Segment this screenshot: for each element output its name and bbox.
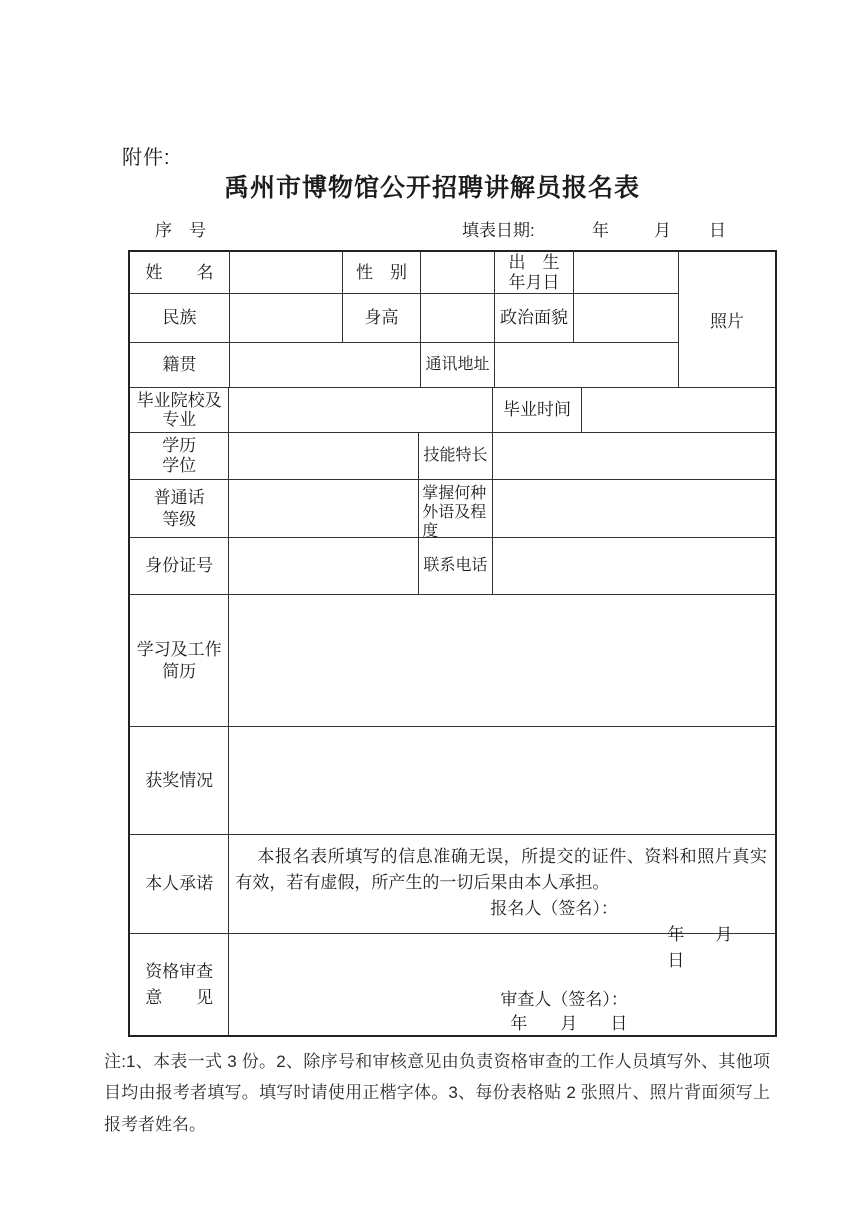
name-label: 姓 名 — [130, 252, 230, 294]
work-history-input-cell — [229, 595, 775, 727]
fill-date-year-label: 年 — [592, 216, 609, 241]
work-history-label: 学习及工作 简历 — [130, 595, 229, 727]
table-row: 毕业院校及 专业 毕业时间 — [130, 388, 775, 433]
birthdate-input-cell — [574, 252, 678, 294]
fill-date-label: 填表日期: — [462, 216, 535, 241]
table-row: 资格审查 意 见 审查人（签名）： 年 月 日 — [130, 934, 775, 1035]
gender-input-cell — [421, 252, 495, 294]
fill-date-month-label: 月 — [654, 216, 671, 241]
awards-input-cell — [229, 727, 775, 835]
qualification-review-content: 审查人（签名）： 年 月 日 — [229, 934, 775, 1035]
gender-label: 性 别 — [343, 252, 421, 294]
education-degree-label: 学历 学位 — [130, 433, 229, 480]
table-row: 获奖情况 — [130, 727, 775, 835]
serial-number-label: 序 号 — [155, 216, 206, 241]
table-row: 本人承诺 本报名表所填写的信息准确无误，所提交的证件、资料和照片真实有效，若有虚… — [130, 835, 775, 934]
table-row: 姓 名 性 别 出 生 年月日 — [130, 252, 678, 294]
name-input-cell — [230, 252, 343, 294]
ethnicity-input-cell — [230, 294, 343, 343]
graduation-time-input-cell — [582, 388, 775, 433]
skills-input-cell — [493, 433, 775, 480]
education-degree-input-cell — [229, 433, 419, 480]
contact-phone-label: 联系电话 — [419, 538, 493, 595]
awards-label: 获奖情况 — [130, 727, 229, 835]
pledge-text: 本报名表所填写的信息准确无误，所提交的证件、资料和照片真实有效，若有虚假，所产生… — [235, 844, 767, 896]
form-notes-text: 注:1、本表一式 3 份。2、除序号和审核意见由负责资格审查的工作人员填写外、其… — [104, 1046, 770, 1140]
table-row: 民族 身高 政治面貌 — [130, 294, 678, 343]
id-number-input-cell — [229, 538, 419, 595]
contact-phone-input-cell — [493, 538, 775, 595]
mandarin-level-label: 普通话 等级 — [130, 480, 229, 538]
reviewer-signature-label: 审查人（签名）： — [500, 990, 628, 1010]
reviewer-signature-date: 年 月 日 — [510, 1014, 635, 1034]
form-document-page: 附件: 禹州市博物馆公开招聘讲解员报名表 序 号 填表日期: 年 月 日 姓 名… — [0, 0, 864, 1222]
applicant-signature-label: 报名人（签名）： — [490, 896, 767, 922]
native-place-input-cell — [230, 343, 421, 388]
personal-pledge-label: 本人承诺 — [130, 835, 229, 934]
serial-date-row: 序 号 填表日期: 年 月 日 — [0, 216, 864, 240]
id-number-label: 身份证号 — [130, 538, 229, 595]
graduate-school-input-cell — [229, 388, 492, 433]
political-status-input-cell — [574, 294, 678, 343]
foreign-language-input-cell — [493, 480, 775, 538]
ethnicity-label: 民族 — [130, 294, 230, 343]
table-row: 学习及工作 简历 — [130, 595, 775, 727]
native-place-label: 籍贯 — [130, 343, 230, 388]
foreign-language-label: 掌握何种外语及程度 — [419, 480, 493, 538]
application-form-table: 姓 名 性 别 出 生 年月日 民族 身高 政治面貌 — [128, 250, 777, 1037]
personal-info-section: 姓 名 性 别 出 生 年月日 民族 身高 政治面貌 — [130, 252, 775, 388]
height-input-cell — [421, 294, 495, 343]
qualification-review-label: 资格审查 意 见 — [130, 934, 229, 1035]
table-row: 籍贯 通讯地址 — [130, 343, 678, 388]
birthdate-label: 出 生 年月日 — [495, 252, 574, 294]
mailing-address-input-cell — [495, 343, 678, 388]
skills-label: 技能特长 — [419, 433, 493, 480]
mandarin-level-input-cell — [229, 480, 419, 538]
graduation-time-label: 毕业时间 — [493, 388, 582, 433]
table-row: 学历 学位 技能特长 — [130, 433, 775, 480]
table-row: 普通话 等级 掌握何种外语及程度 — [130, 480, 775, 538]
fill-date-day-label: 日 — [709, 216, 726, 241]
photo-cell: 照片 — [678, 252, 775, 388]
height-label: 身高 — [343, 294, 421, 343]
form-title: 禹州市博物馆公开招聘讲解员报名表 — [0, 168, 864, 204]
form-notes: 注:1、本表一式 3 份。2、除序号和审核意见由负责资格审查的工作人员填写外、其… — [104, 1046, 770, 1140]
attachment-label: 附件: — [122, 141, 171, 170]
graduate-school-label: 毕业院校及 专业 — [130, 388, 229, 433]
mailing-address-label: 通讯地址 — [421, 343, 495, 388]
table-row: 身份证号 联系电话 — [130, 538, 775, 595]
personal-pledge-content: 本报名表所填写的信息准确无误，所提交的证件、资料和照片真实有效，若有虚假，所产生… — [229, 835, 775, 934]
political-status-label: 政治面貌 — [495, 294, 574, 343]
